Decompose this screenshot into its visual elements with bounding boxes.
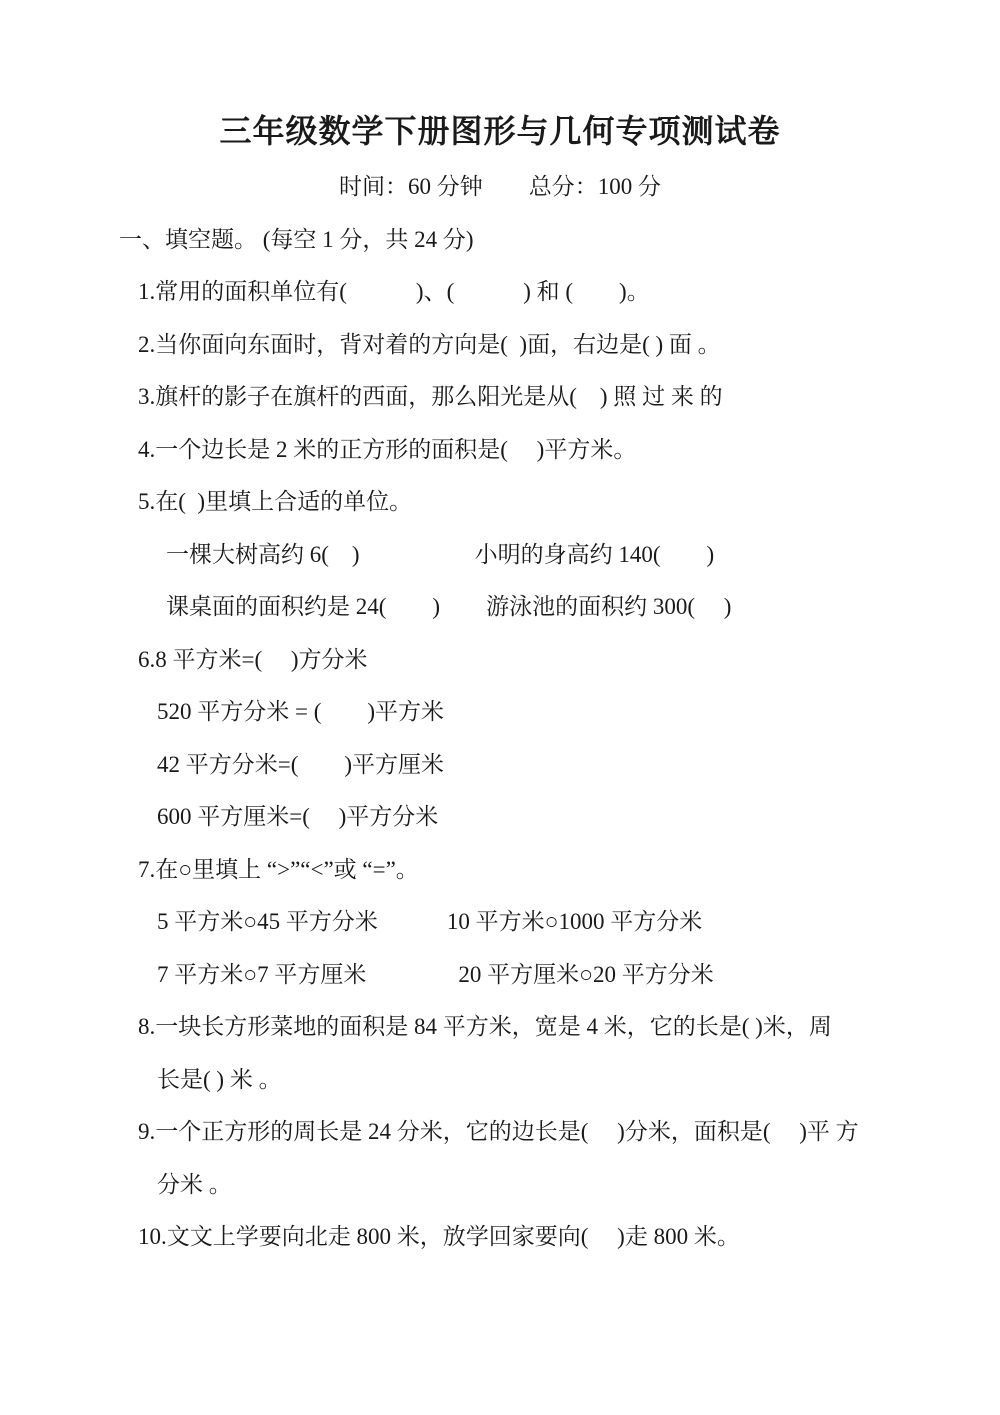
question-6-subline-2-text: 42 平方分米=( )平方厘米	[157, 746, 444, 779]
question-9-text: 9.一个正方形的周长是 24 分米，它的边长是( )分米，面积是( )平 方	[138, 1113, 859, 1146]
question-6-text: 6.8 平方米=( )方分米	[138, 641, 368, 674]
question-8-text: 8.一块长方形菜地的面积是 84 平方米，宽是 4 米，它的长是( )米，周	[138, 1008, 832, 1041]
question-6-subline-1: 520 平方分米 = ( )平方米	[0, 684, 1000, 737]
question-1-text: 1.常用的面积单位有( )、( ) 和 ( )。	[138, 273, 650, 306]
question-1: 1.常用的面积单位有( )、( ) 和 ( )。	[0, 264, 1000, 317]
question-3: 3.旗杆的影子在旗杆的西面，那么阳光是从( ) 照 过 来 的	[0, 369, 1000, 422]
question-7-subline-1: 5 平方米○45 平方分米 10 平方米○1000 平方分米	[0, 894, 1000, 947]
question-6-subline-2: 42 平方分米=( )平方厘米	[0, 736, 1000, 789]
section-heading: 一、填空题。 (每空 1 分，共 24 分)	[0, 211, 1000, 264]
question-9: 9.一个正方形的周长是 24 分米，它的边长是( )分米，面积是( )平 方	[0, 1104, 1000, 1157]
time-and-score-line: 时间：60 分钟 总分：100 分	[0, 168, 1000, 201]
question-8: 8.一块长方形菜地的面积是 84 平方米，宽是 4 米，它的长是( )米，周	[0, 999, 1000, 1052]
question-7-subline-1-text: 5 平方米○45 平方分米 10 平方米○1000 平方分米	[157, 903, 702, 936]
question-7-text: 7.在○里填上 “>”“<”或 “=”。	[138, 851, 419, 884]
question-5: 5.在( )里填上合适的单位。	[0, 474, 1000, 527]
question-5-subline-2: 课桌面的面积约是 24( ) 游泳池的面积约 300( )	[0, 579, 1000, 632]
question-10: 10.文文上学要向北走 800 米，放学回家要向( )走 800 米。	[0, 1209, 1000, 1262]
question-9-subline-2-text: 分米 。	[157, 1166, 232, 1199]
question-2-text: 2.当你面向东面时，背对着的方向是( )面，右边是( ) 面 。	[138, 326, 721, 359]
question-2: 2.当你面向东面时，背对着的方向是( )面，右边是( ) 面 。	[0, 316, 1000, 369]
question-6-subline-1-text: 520 平方分米 = ( )平方米	[157, 693, 444, 726]
question-5-subline-1: 一棵大树高约 6( ) 小明的身高约 140( )	[0, 526, 1000, 579]
question-5-subline-2-text: 课桌面的面积约是 24( ) 游泳池的面积约 300( )	[166, 588, 731, 621]
question-4: 4.一个边长是 2 米的正方形的面积是( )平方米。	[0, 421, 1000, 474]
question-8-subline-2: 长是( ) 米 。	[0, 1051, 1000, 1104]
page-title: 三年级数学下册图形与几何专项测试卷	[0, 106, 1000, 152]
test-paper-page: 三年级数学下册图形与几何专项测试卷 时间：60 分钟 总分：100 分 一、填空…	[0, 0, 1000, 1415]
question-4-text: 4.一个边长是 2 米的正方形的面积是( )平方米。	[138, 431, 636, 464]
question-8-subline-2-text: 长是( ) 米 。	[157, 1061, 282, 1094]
question-6-subline-3: 600 平方厘米=( )平方分米	[0, 789, 1000, 842]
section-heading-text: 一、填空题。 (每空 1 分，共 24 分)	[119, 221, 474, 254]
question-5-text: 5.在( )里填上合适的单位。	[138, 483, 412, 516]
question-6-subline-3-text: 600 平方厘米=( )平方分米	[157, 798, 438, 831]
question-10-text: 10.文文上学要向北走 800 米，放学回家要向( )走 800 米。	[138, 1218, 740, 1251]
question-5-subline-1-text: 一棵大树高约 6( ) 小明的身高约 140( )	[166, 536, 714, 569]
question-9-subline-2: 分米 。	[0, 1156, 1000, 1209]
question-7: 7.在○里填上 “>”“<”或 “=”。	[0, 841, 1000, 894]
question-list: 一、填空题。 (每空 1 分，共 24 分) 1.常用的面积单位有( )、( )…	[0, 211, 1000, 1261]
question-7-subline-2: 7 平方米○7 平方厘米 20 平方厘米○20 平方分米	[0, 946, 1000, 999]
question-6: 6.8 平方米=( )方分米	[0, 631, 1000, 684]
question-3-text: 3.旗杆的影子在旗杆的西面，那么阳光是从( ) 照 过 来 的	[138, 378, 723, 411]
question-7-subline-2-text: 7 平方米○7 平方厘米 20 平方厘米○20 平方分米	[157, 956, 714, 989]
